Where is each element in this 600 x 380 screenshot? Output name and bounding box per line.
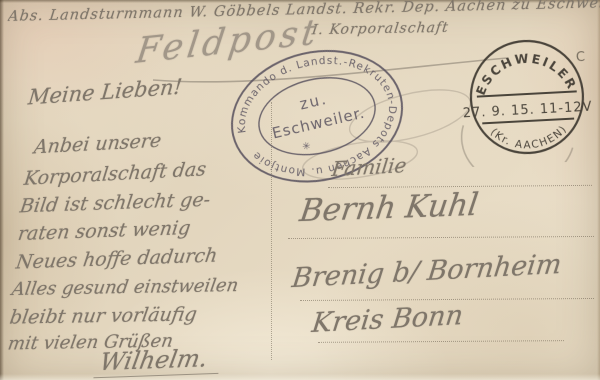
card-edge-bottom bbox=[0, 374, 600, 380]
message-line: Meine Lieben! bbox=[27, 75, 183, 110]
clover-ornament-icon: ✳ bbox=[301, 141, 312, 154]
message-line: Korporalschaft das bbox=[23, 158, 208, 190]
message-line: Alles gesund einstweilen bbox=[10, 275, 240, 300]
message-line: Anbei unsere bbox=[33, 130, 163, 159]
message-line: raten sonst wenig bbox=[16, 217, 191, 245]
message-line: Bild ist schlecht ge- bbox=[19, 189, 212, 218]
postmark-district: (Kr. AACHEN) bbox=[487, 122, 570, 153]
svg-text:(Kr. AACHEN): (Kr. AACHEN) bbox=[487, 122, 570, 153]
address-underline bbox=[318, 340, 564, 343]
address-underline bbox=[288, 236, 594, 239]
postmark-index-letter: C bbox=[576, 50, 586, 65]
message-line: bleibt nur vorläufig bbox=[8, 303, 198, 328]
signature: Wilhelm. bbox=[93, 344, 224, 379]
card-edge-left bbox=[0, 0, 4, 380]
address-line: Bernh Kuhl bbox=[298, 187, 481, 229]
postmark: ESCHWEILER 27. 9. 15. 11-12V (Kr. AACHEN… bbox=[449, 28, 600, 168]
address-line: Familie bbox=[331, 153, 408, 181]
postcard-back: Abs. Landsturmmann W. Göbbels Landst. Re… bbox=[0, 0, 600, 380]
unit-stamp-center-line1: zu. bbox=[298, 90, 329, 114]
postmark-bridge-upper bbox=[477, 91, 577, 96]
address-divider-line bbox=[271, 102, 272, 360]
address-line: Brenig b/ Bornheim bbox=[290, 249, 563, 294]
message-line: Neues hoffe dadurch bbox=[15, 244, 219, 273]
address-line: Kreis Bonn bbox=[310, 300, 465, 339]
